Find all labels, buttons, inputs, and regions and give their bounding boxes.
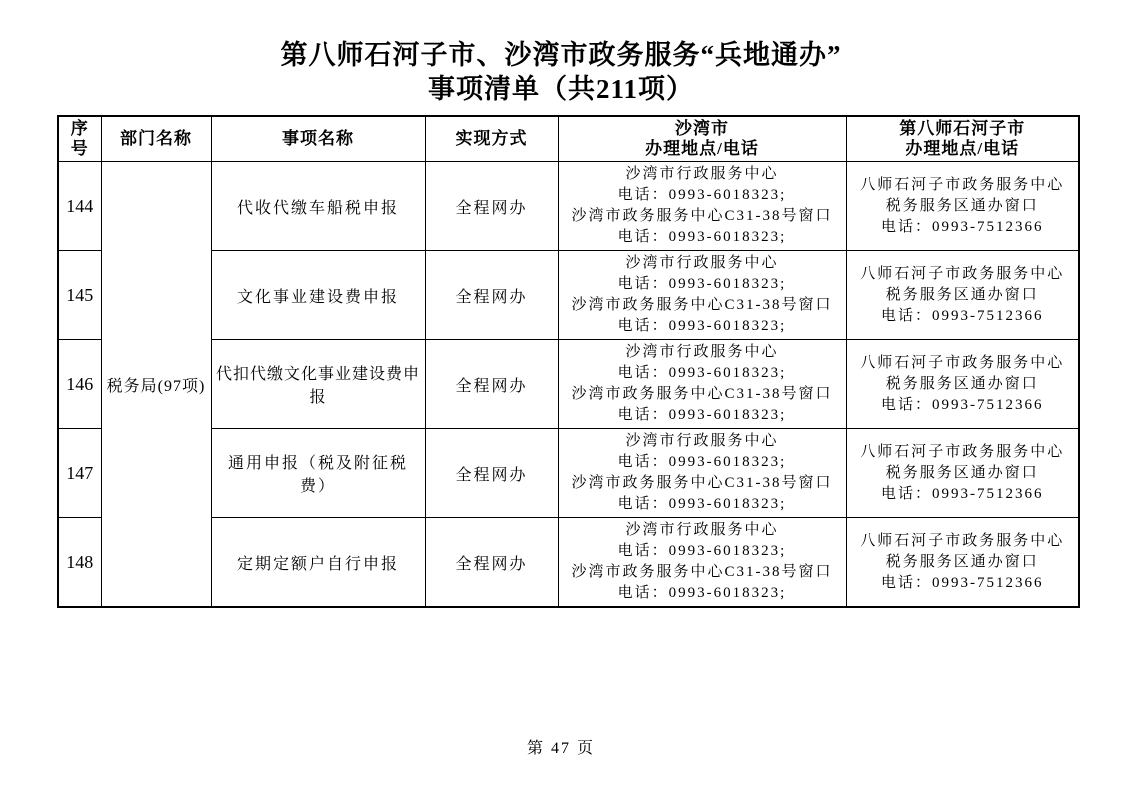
address-line: 沙湾市政务服务中心C31-38号窗口 [562,562,843,583]
page-number: 第 47 页 [0,735,1122,758]
seq-cell: 147 [58,429,101,518]
shawan-cell: 沙湾市行政服务中心 电话：0993-6018323; 沙湾市政务服务中心C31-… [558,251,846,340]
address-line: 八师石河子市政务服务中心 [850,264,1076,285]
seq-cell: 145 [58,251,101,340]
shawan-cell: 沙湾市行政服务中心 电话：0993-6018323; 沙湾市政务服务中心C31-… [558,429,846,518]
header-cell-shawan: 沙湾市 办理地点/电话 [558,116,846,162]
header-shihezi-line2: 办理地点/电话 [850,139,1076,159]
page-title: 第八师石河子市、沙湾市政务服务“兵地通办” 事项清单（共211项） [0,38,1122,106]
items-table: 序号 部门名称 事项名称 实现方式 沙湾市 办理地点/电话 第八师石河子市 办理… [57,115,1080,608]
table-row: 145 文化事业建设费申报 全程网办 沙湾市行政服务中心 电话：0993-601… [58,251,1079,340]
shihezi-cell: 八师石河子市政务服务中心 税务服务区通办窗口 电话：0993-7512366 [846,251,1079,340]
phone-line: 电话：0993-6018323; [562,274,843,295]
address-line: 沙湾市政务服务中心C31-38号窗口 [562,295,843,316]
header-cell-item: 事项名称 [211,116,425,162]
address-line: 税务服务区通办窗口 [850,552,1076,573]
item-cell: 定期定额户自行申报 [211,518,425,608]
method-cell: 全程网办 [425,162,558,251]
method-cell: 全程网办 [425,429,558,518]
phone-line: 电话：0993-6018323; [562,583,843,604]
header-shawan-line1: 沙湾市 [562,119,843,139]
address-line: 税务服务区通办窗口 [850,463,1076,484]
phone-line: 电话：0993-7512366 [850,306,1076,327]
header-cell-shihezi: 第八师石河子市 办理地点/电话 [846,116,1079,162]
shihezi-cell: 八师石河子市政务服务中心 税务服务区通办窗口 电话：0993-7512366 [846,518,1079,608]
document-page: 第八师石河子市、沙湾市政务服务“兵地通办” 事项清单（共211项） 序号 部门名… [0,0,1122,793]
table-header-row: 序号 部门名称 事项名称 实现方式 沙湾市 办理地点/电话 第八师石河子市 办理… [58,116,1079,162]
phone-line: 电话：0993-6018323; [562,452,843,473]
address-line: 沙湾市行政服务中心 [562,164,843,185]
address-line: 沙湾市行政服务中心 [562,253,843,274]
seq-cell: 146 [58,340,101,429]
table-row: 146 代扣代缴文化事业建设费申报 全程网办 沙湾市行政服务中心 电话：0993… [58,340,1079,429]
table-row: 144 税务局(97项) 代收代缴车船税申报 全程网办 沙湾市行政服务中心 电话… [58,162,1079,251]
header-cell-seq: 序号 [58,116,101,162]
method-cell: 全程网办 [425,251,558,340]
page-title-line2: 事项清单（共211项） [0,72,1122,106]
phone-line: 电话：0993-6018323; [562,185,843,206]
address-line: 八师石河子市政务服务中心 [850,353,1076,374]
shihezi-cell: 八师石河子市政务服务中心 税务服务区通办窗口 电话：0993-7512366 [846,340,1079,429]
shihezi-cell: 八师石河子市政务服务中心 税务服务区通办窗口 电话：0993-7512366 [846,429,1079,518]
address-line: 沙湾市行政服务中心 [562,520,843,541]
item-cell: 通用申报（税及附征税费） [211,429,425,518]
address-line: 税务服务区通办窗口 [850,285,1076,306]
address-line: 沙湾市政务服务中心C31-38号窗口 [562,384,843,405]
item-cell: 代收代缴车船税申报 [211,162,425,251]
phone-line: 电话：0993-6018323; [562,316,843,337]
phone-line: 电话：0993-6018323; [562,363,843,384]
table-row: 148 定期定额户自行申报 全程网办 沙湾市行政服务中心 电话：0993-601… [58,518,1079,608]
header-shawan-line2: 办理地点/电话 [562,139,843,159]
item-cell: 代扣代缴文化事业建设费申报 [211,340,425,429]
phone-line: 电话：0993-7512366 [850,484,1076,505]
page-title-line1: 第八师石河子市、沙湾市政务服务“兵地通办” [0,38,1122,72]
shawan-cell: 沙湾市行政服务中心 电话：0993-6018323; 沙湾市政务服务中心C31-… [558,162,846,251]
phone-line: 电话：0993-6018323; [562,541,843,562]
shawan-cell: 沙湾市行政服务中心 电话：0993-6018323; 沙湾市政务服务中心C31-… [558,518,846,608]
address-line: 税务服务区通办窗口 [850,374,1076,395]
address-line: 沙湾市行政服务中心 [562,431,843,452]
address-line: 八师石河子市政务服务中心 [850,175,1076,196]
table-row: 147 通用申报（税及附征税费） 全程网办 沙湾市行政服务中心 电话：0993-… [58,429,1079,518]
address-line: 沙湾市政务服务中心C31-38号窗口 [562,473,843,494]
phone-line: 电话：0993-7512366 [850,395,1076,416]
address-line: 税务服务区通办窗口 [850,196,1076,217]
header-cell-method: 实现方式 [425,116,558,162]
header-shihezi-line1: 第八师石河子市 [850,119,1076,139]
phone-line: 电话：0993-6018323; [562,494,843,515]
address-line: 八师石河子市政务服务中心 [850,442,1076,463]
phone-line: 电话：0993-7512366 [850,573,1076,594]
address-line: 沙湾市行政服务中心 [562,342,843,363]
phone-line: 电话：0993-6018323; [562,227,843,248]
shawan-cell: 沙湾市行政服务中心 电话：0993-6018323; 沙湾市政务服务中心C31-… [558,340,846,429]
seq-cell: 148 [58,518,101,608]
seq-cell: 144 [58,162,101,251]
address-line: 沙湾市政务服务中心C31-38号窗口 [562,206,843,227]
shihezi-cell: 八师石河子市政务服务中心 税务服务区通办窗口 电话：0993-7512366 [846,162,1079,251]
header-cell-dept: 部门名称 [101,116,211,162]
method-cell: 全程网办 [425,340,558,429]
phone-line: 电话：0993-7512366 [850,217,1076,238]
address-line: 八师石河子市政务服务中心 [850,531,1076,552]
dept-cell: 税务局(97项) [101,162,211,608]
method-cell: 全程网办 [425,518,558,608]
phone-line: 电话：0993-6018323; [562,405,843,426]
item-cell: 文化事业建设费申报 [211,251,425,340]
